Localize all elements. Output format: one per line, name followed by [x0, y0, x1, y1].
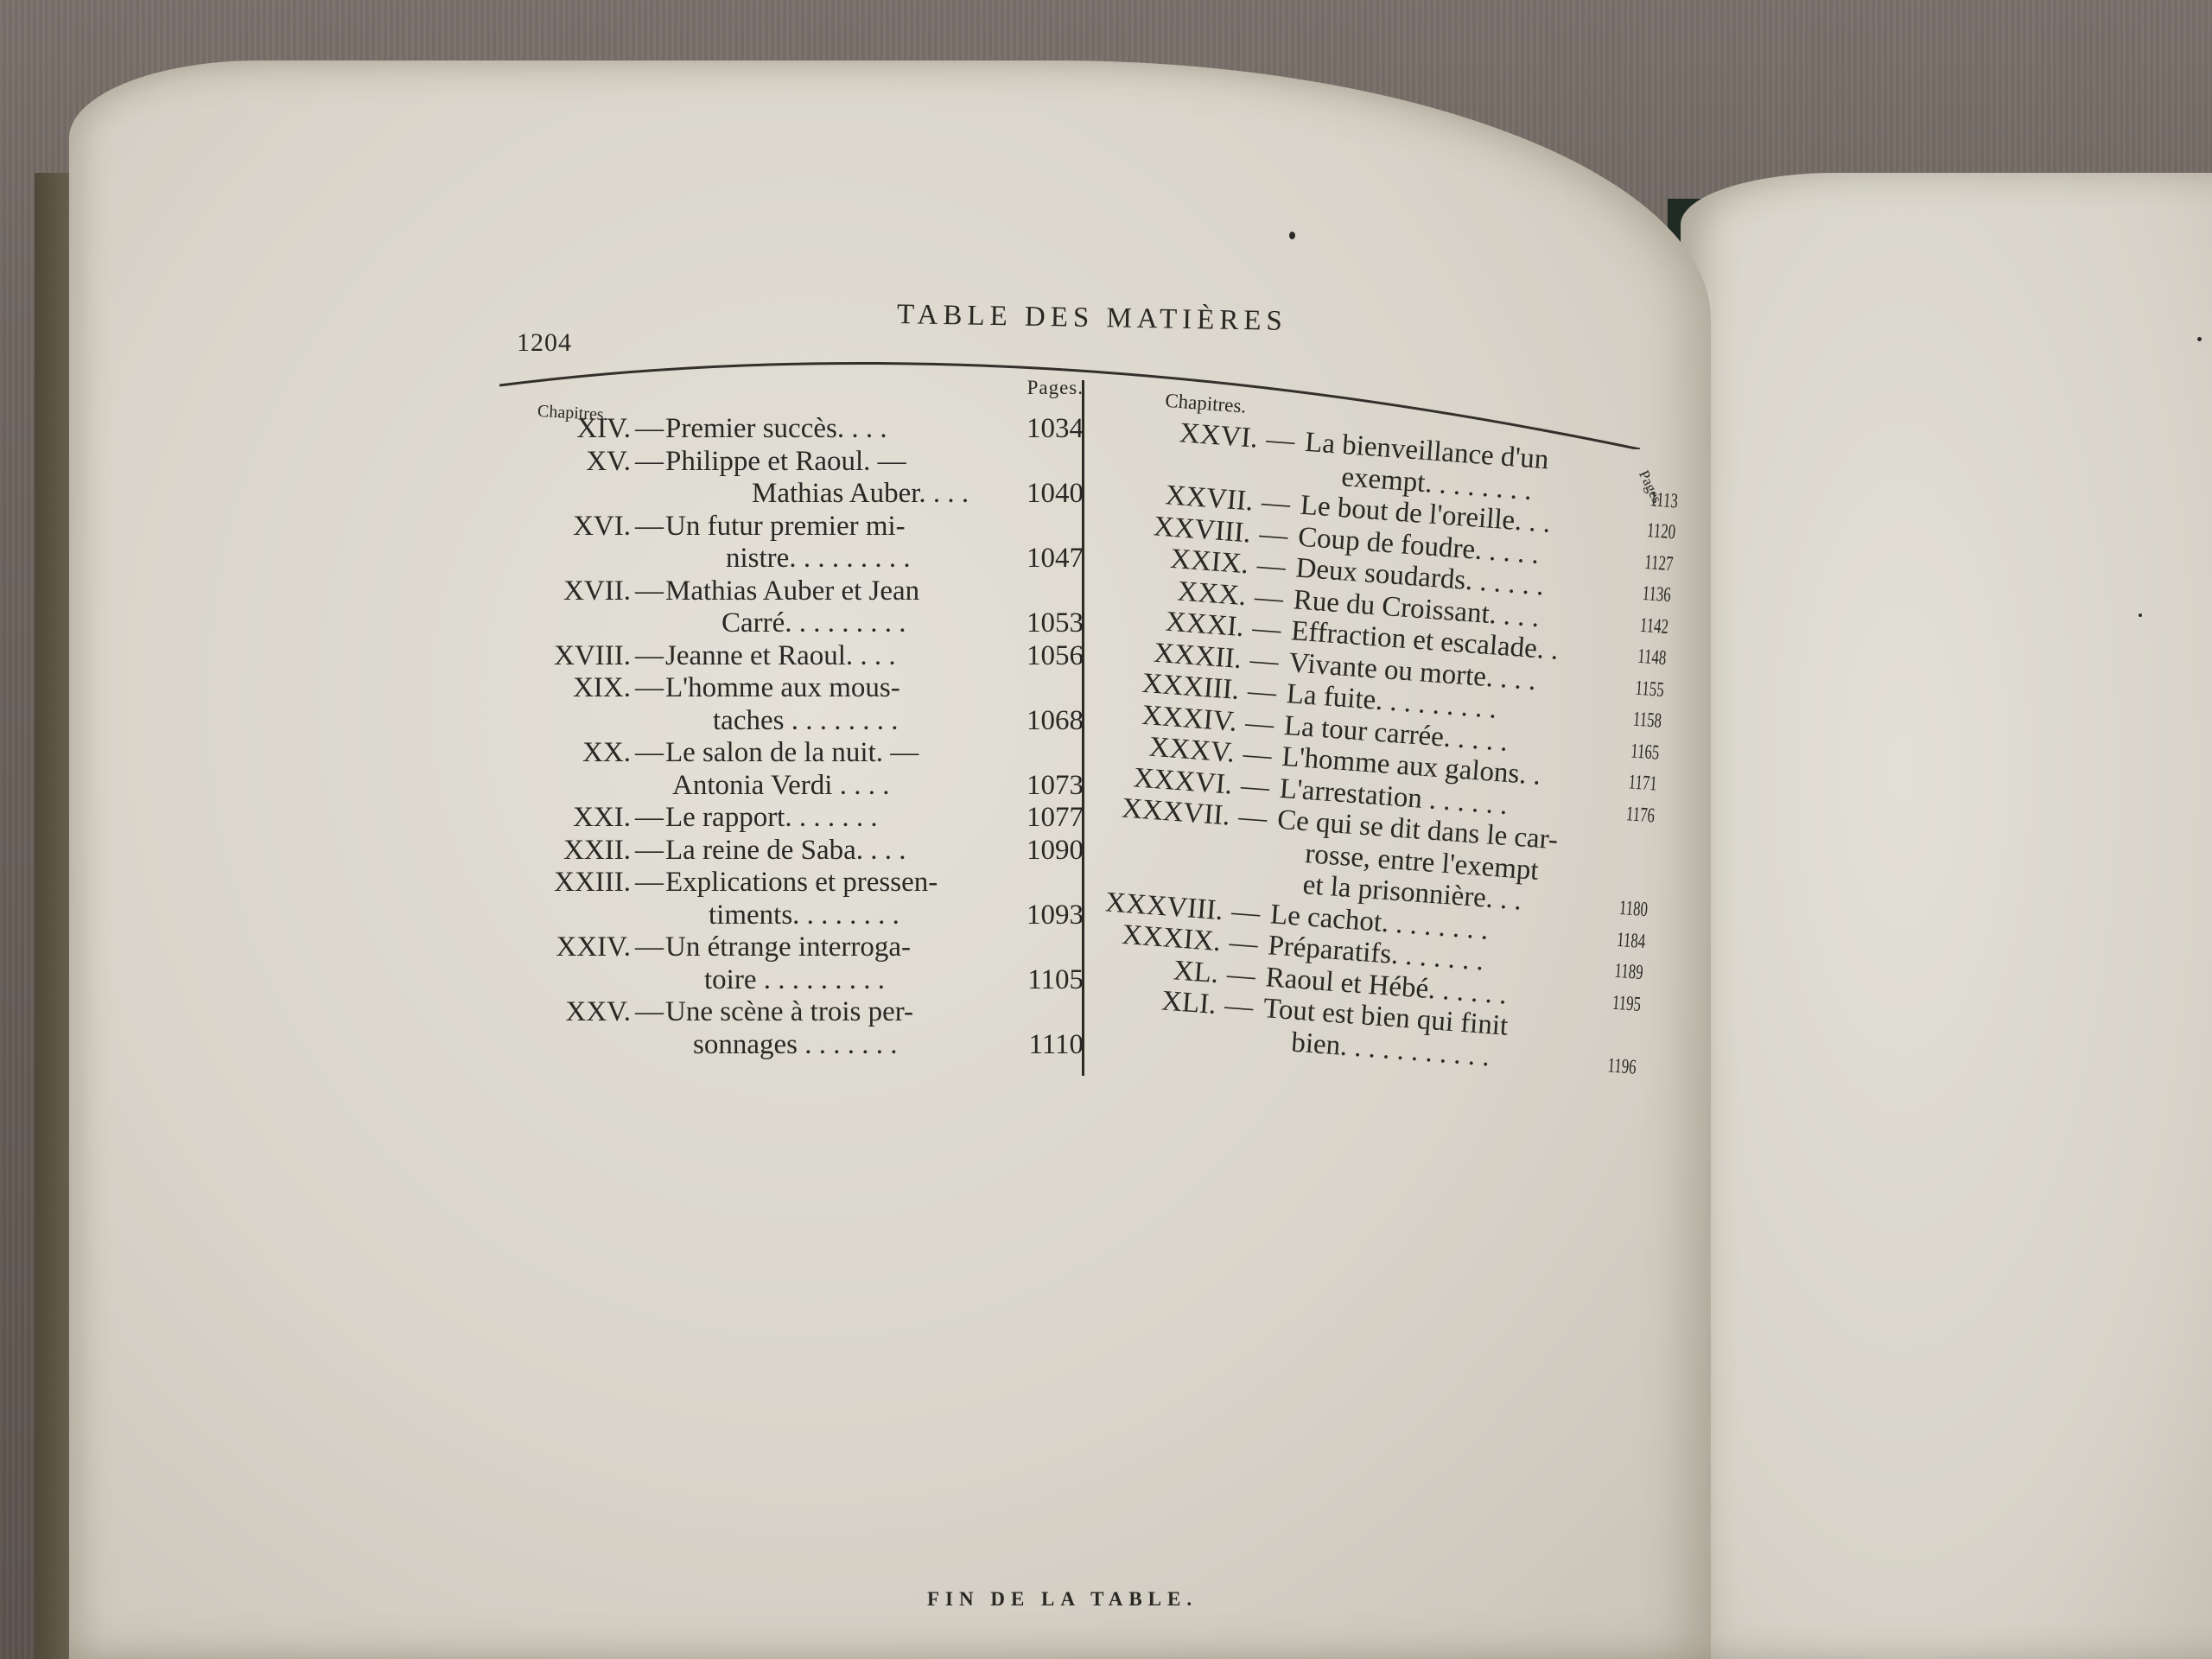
- toc-entry[interactable]: XIV.—Premier succès. . . .1034: [493, 413, 1089, 446]
- chapter-page: 1142: [1639, 609, 1670, 643]
- chapter-page: 1120: [1646, 515, 1677, 549]
- running-title: TABLE DES MATIÈRES: [897, 299, 1287, 338]
- chapter-page: 1056: [1027, 640, 1084, 673]
- em-dash: —: [1224, 990, 1255, 1024]
- chapter-page: 1158: [1632, 704, 1663, 738]
- em-dash: —: [635, 413, 664, 446]
- chapter-title: Le salon de la nuit. —: [665, 737, 1046, 770]
- chapter-title: Un futur premier mi-: [665, 511, 1046, 543]
- chapter-title: Un étrange interroga-: [665, 931, 1046, 964]
- toc-entry[interactable]: XVIII.—Jeanne et Raoul. . . .1056: [493, 640, 1089, 673]
- chapter-page: 1034: [1027, 413, 1084, 446]
- em-dash: —: [635, 835, 664, 868]
- chapter-page: 1127: [1643, 546, 1675, 580]
- em-dash: —: [635, 672, 664, 705]
- chapter-numeral: XVII.: [563, 575, 631, 608]
- em-dash: —: [1265, 424, 1296, 458]
- em-dash: —: [635, 996, 664, 1029]
- toc-right-column: Chapitres. Pages. XXVI.—La bienveillance…: [1049, 380, 1666, 1082]
- chapter-numeral: XXII.: [563, 835, 631, 868]
- em-dash: —: [1258, 518, 1289, 552]
- chapter-numeral: XXV.: [566, 996, 632, 1029]
- chapter-page: 1053: [1027, 607, 1084, 640]
- em-dash: —: [1226, 958, 1257, 992]
- em-dash: —: [635, 575, 664, 608]
- chapter-numeral: XLI.: [1160, 985, 1217, 1020]
- chapter-title: Jeanne et Raoul. . . .: [665, 640, 1046, 673]
- chapter-page: 1184: [1616, 924, 1647, 957]
- chapter-page: 1113: [1649, 484, 1679, 518]
- chapter-numeral: XVI.: [573, 511, 631, 543]
- em-dash: —: [1261, 486, 1292, 520]
- chapter-title: La reine de Saba. . . .: [665, 835, 1046, 868]
- em-dash: —: [1254, 582, 1285, 615]
- chapter-title: Premier succès. . . .: [665, 413, 1046, 446]
- chapter-page: 1171: [1627, 766, 1658, 800]
- toc-entry[interactable]: XXIII.—Explications et pressen- timents.…: [493, 867, 1089, 931]
- toc-entry[interactable]: XIX.—L'homme aux mous- taches . . . . . …: [493, 672, 1089, 737]
- em-dash: —: [635, 511, 664, 543]
- chapter-page: 1148: [1637, 641, 1668, 675]
- chapter-title-cont: sonnages . . . . . . .: [693, 1029, 1073, 1062]
- chapter-page: 1165: [1630, 735, 1661, 769]
- toc-entry[interactable]: XXII.—La reine de Saba. . . .1090: [493, 835, 1089, 868]
- toc-entry[interactable]: XVI.—Un futur premier mi- nistre. . . . …: [493, 511, 1089, 575]
- em-dash: —: [1244, 707, 1275, 741]
- chapter-title: Explications et pressen-: [665, 867, 1046, 899]
- em-dash: —: [1251, 613, 1282, 646]
- chapter-page: 1176: [1625, 798, 1656, 832]
- chapter-numeral: XXX.: [1176, 575, 1247, 612]
- toc-left-column: Chapitres. Pages. XIV.—Premier succès. .…: [493, 372, 1089, 1061]
- em-dash: —: [1228, 927, 1259, 961]
- em-dash: —: [635, 640, 664, 673]
- em-dash: —: [1230, 896, 1262, 930]
- chapter-page: 1189: [1613, 956, 1644, 989]
- chapter-title: Le rapport. . . . . . .: [665, 802, 1046, 835]
- em-dash: —: [635, 802, 664, 835]
- em-dash: —: [1240, 770, 1271, 804]
- chapter-page: 1040: [1027, 478, 1084, 511]
- chapter-title: L'homme aux mous-: [665, 672, 1046, 705]
- paper-speck: [2139, 613, 2142, 617]
- chapter-numeral: XIX.: [573, 672, 631, 705]
- chapter-page: 1136: [1641, 578, 1672, 612]
- chapter-numeral: XL.: [1173, 955, 1220, 989]
- toc-entry[interactable]: XVII.—Mathias Auber et Jean Carré. . . .…: [493, 575, 1089, 640]
- chapter-page: 1195: [1611, 987, 1643, 1020]
- chapter-numeral: XIV.: [576, 413, 631, 446]
- end-of-table-mark: FIN DE LA TABLE.: [927, 1588, 1198, 1611]
- right-blank-page: [1681, 173, 2212, 1659]
- toc-entry[interactable]: XXIV.—Un étrange interroga- toire . . . …: [493, 931, 1089, 996]
- toc-entry[interactable]: XX.—Le salon de la nuit. — Antonia Verdi…: [493, 737, 1089, 802]
- em-dash: —: [635, 931, 664, 964]
- chapter-numeral: XXIII.: [554, 867, 631, 899]
- chapter-title-cont: Antonia Verdi . . . .: [672, 770, 1052, 803]
- chapter-title: Philippe et Raoul. —: [665, 446, 1046, 479]
- pages-header: Pages.: [1027, 372, 1084, 404]
- chapter-numeral: XV.: [586, 446, 631, 479]
- chapter-page: 1196: [1606, 1050, 1637, 1084]
- em-dash: —: [1255, 550, 1287, 583]
- em-dash: —: [1247, 676, 1278, 709]
- chapter-title: Mathias Auber et Jean: [665, 575, 1046, 608]
- chapter-page: 1047: [1027, 543, 1084, 575]
- paper-speck: [1289, 232, 1295, 239]
- chapter-page: 1180: [1618, 893, 1649, 926]
- chapter-numeral: XX.: [582, 737, 631, 770]
- chapter-numeral: XXIV.: [556, 931, 631, 964]
- em-dash: —: [635, 446, 664, 479]
- toc-entry[interactable]: XV.—Philippe et Raoul. — Mathias Auber. …: [493, 446, 1089, 511]
- toc-entry[interactable]: XXI.—Le rapport. . . . . . .1077: [493, 802, 1089, 835]
- chapter-title: Une scène à trois per-: [665, 996, 1046, 1029]
- em-dash: —: [1237, 801, 1268, 835]
- em-dash: —: [1242, 739, 1273, 772]
- chapter-numeral: XVIII.: [554, 640, 631, 673]
- em-dash: —: [635, 867, 664, 899]
- paper-speck: [2197, 337, 2202, 341]
- toc-entry[interactable]: XXV.—Une scène à trois per- sonnages . .…: [493, 996, 1089, 1061]
- chapter-page: 1155: [1634, 672, 1665, 706]
- em-dash: —: [635, 737, 664, 770]
- chapter-numeral: XXI.: [573, 802, 631, 835]
- em-dash: —: [1249, 644, 1280, 677]
